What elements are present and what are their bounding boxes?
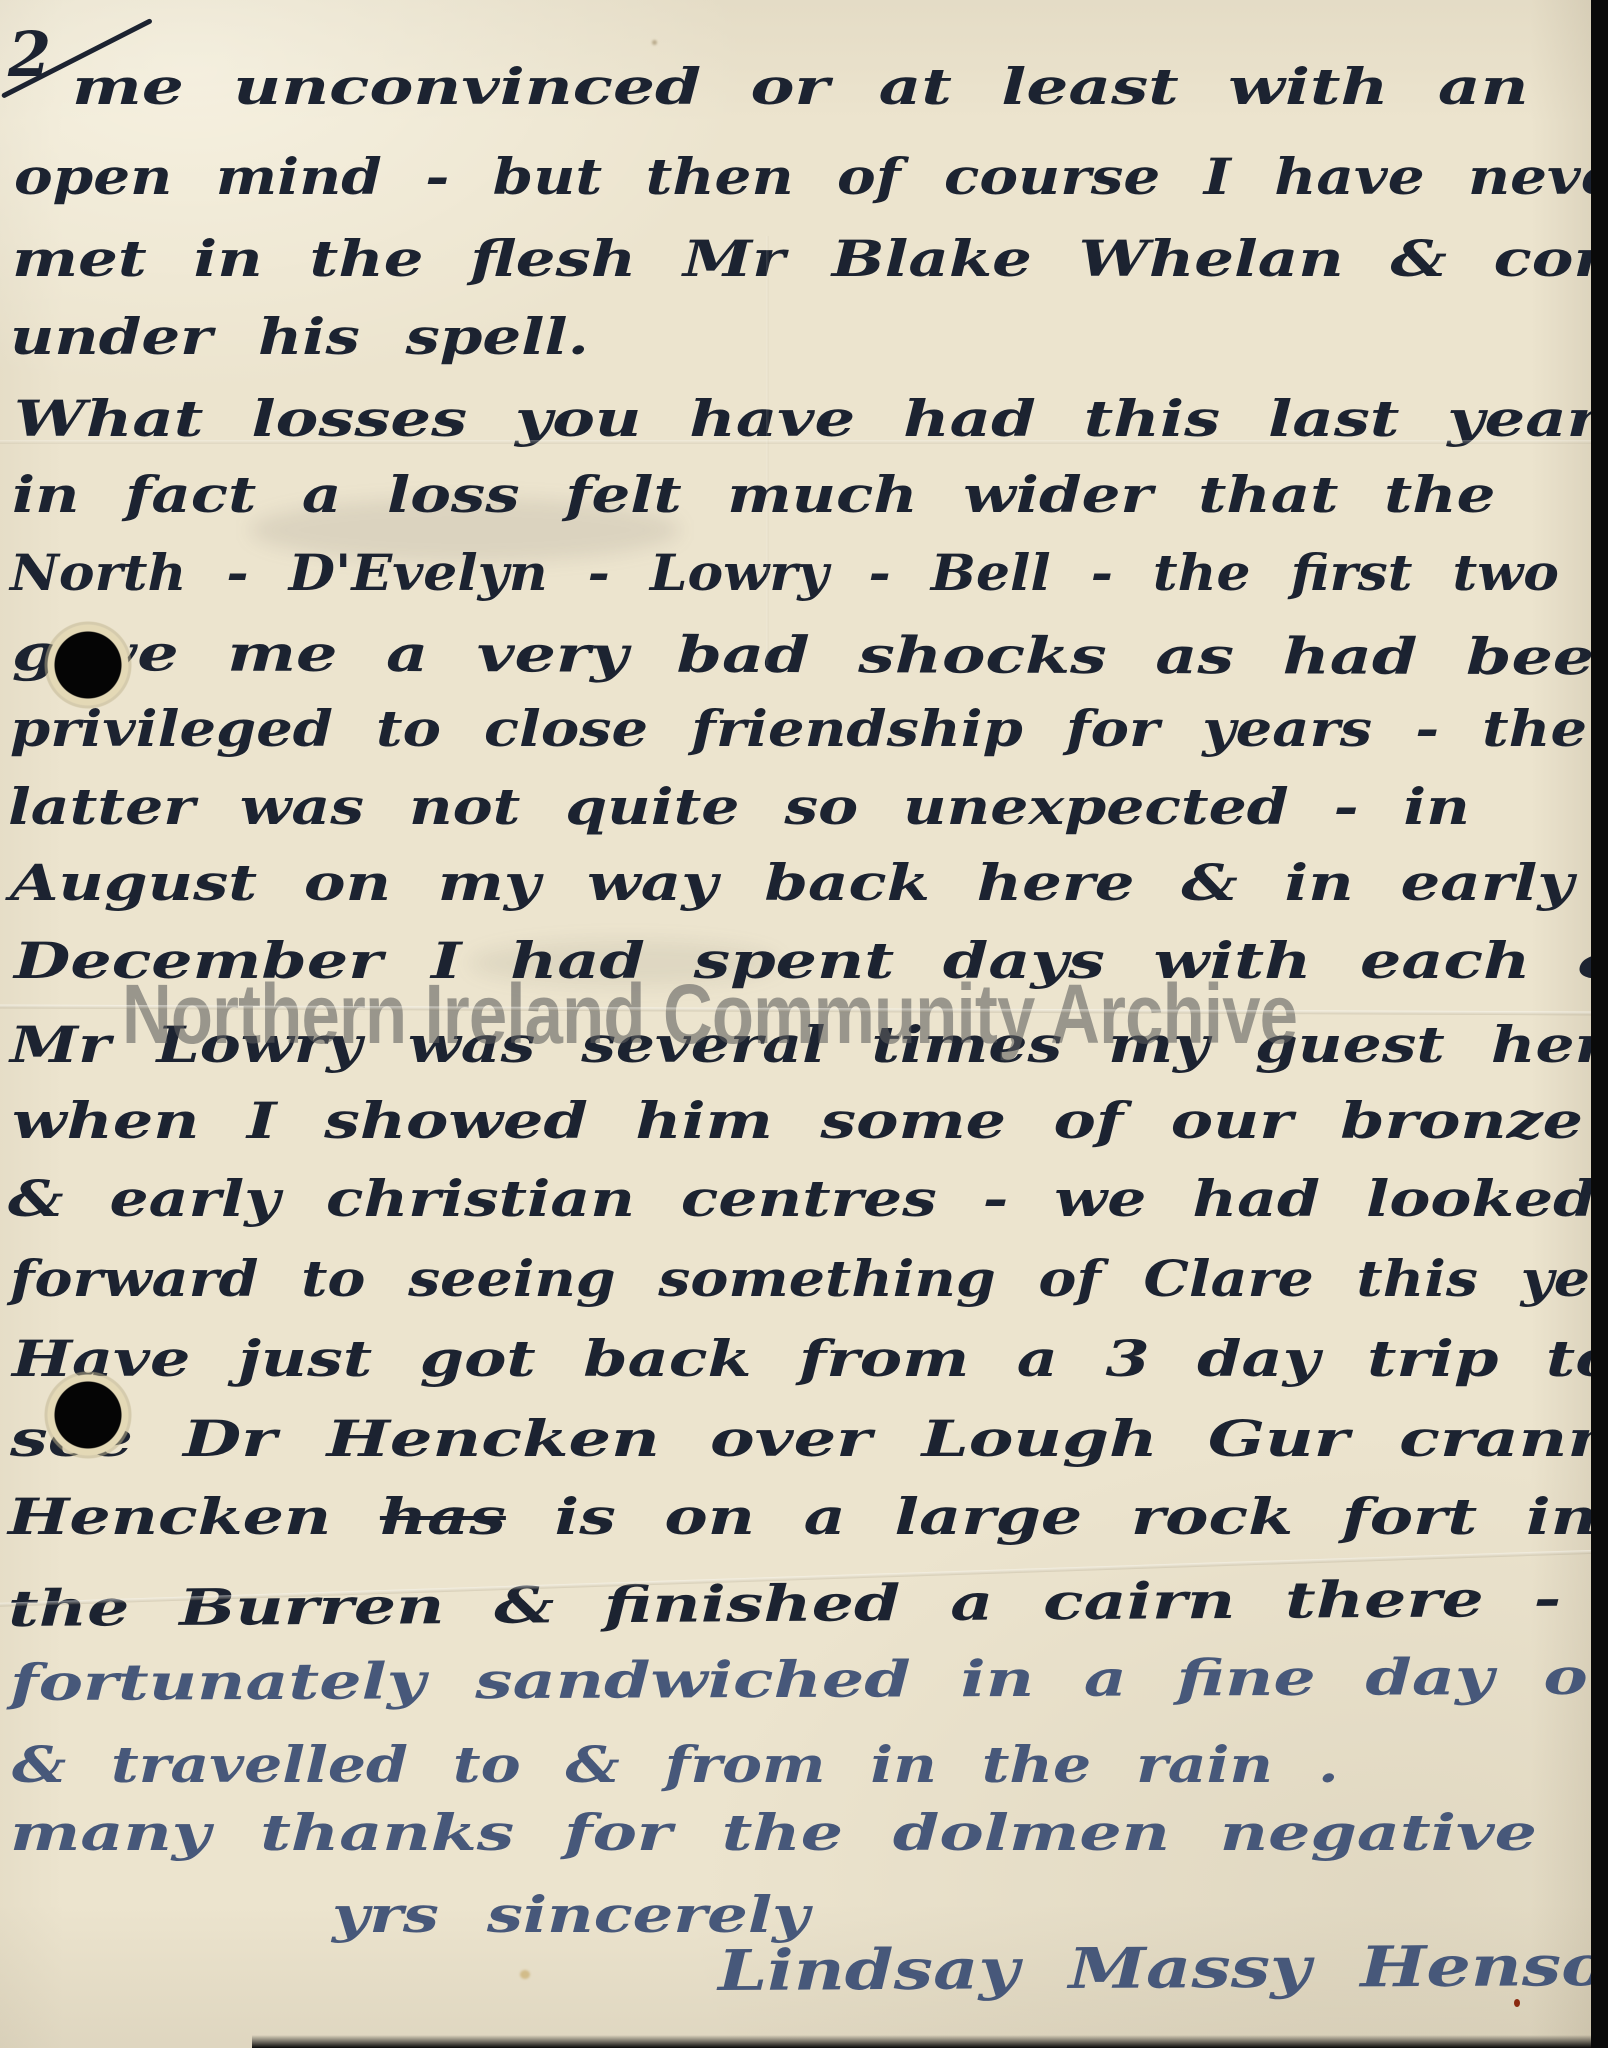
punch-hole-top xyxy=(44,621,132,709)
handwritten-line: gave me a very bad shocks as had been xyxy=(12,622,1608,688)
handwritten-line: What losses you have had this last year xyxy=(14,388,1600,450)
letter-scan: 2 me unconvinced or at least with an ope… xyxy=(0,0,1608,2048)
scan-backing-edge-bottom xyxy=(252,2035,1608,2048)
handwritten-line: open mind - but then of course I have ne… xyxy=(14,146,1608,208)
handwritten-line: Hencken has is on a large rock fort in xyxy=(8,1486,1598,1548)
signoff: yrs sincerely xyxy=(332,1884,809,1946)
handwritten-line: North - D'Evelyn - Lowry - Bell - the fi… xyxy=(10,542,1559,604)
fold-crease-vertical xyxy=(766,236,769,666)
handwritten-line: under his spell. xyxy=(10,306,589,368)
handwritten-line: Have just got back from a 3 day trip to xyxy=(12,1328,1608,1390)
punch-hole-bottom xyxy=(44,1371,132,1459)
handwritten-line: forward to seeing something of Clare thi… xyxy=(10,1248,1608,1310)
handwritten-line: me unconvinced or at least with an xyxy=(72,56,1529,118)
handwritten-line: fortunately sandwiched in a fine day on … xyxy=(10,1644,1608,1714)
handwritten-line: & travelled to & from in the rain . xyxy=(12,1734,1339,1796)
line-post: is on a large rock fort in xyxy=(506,1487,1598,1546)
yellow-spot-stain xyxy=(520,1970,530,1979)
line-pre: Hencken xyxy=(8,1487,380,1546)
red-speck-stain xyxy=(1514,1999,1520,2007)
handwritten-line: met in the flesh Mr Blake Whelan & come xyxy=(12,228,1608,290)
handwritten-line: & early christian centres - we had looke… xyxy=(8,1168,1596,1230)
handwritten-line: many thanks for the dolmen negative xyxy=(10,1802,1537,1864)
handwritten-line: when I showed him some of our bronze age xyxy=(12,1090,1608,1152)
handwritten-line: the Burren & finished a cairn there - xyxy=(8,1568,1562,1640)
handwritten-line: in fact a loss felt much wider that the xyxy=(12,464,1495,526)
handwritten-line: August on my way back here & in early xyxy=(10,852,1574,914)
handwritten-line: privileged to close friendship for years… xyxy=(10,698,1587,760)
struck-word: has xyxy=(380,1487,506,1546)
handwritten-line: see Dr Hencken over Lough Gur crannogs xyxy=(10,1408,1608,1470)
handwritten-line: latter was not quite so unexpected - in xyxy=(8,776,1470,838)
archive-watermark: Northern Ireland Community Archive xyxy=(122,966,1297,1063)
small-speck-stain xyxy=(652,40,657,45)
scan-backing-edge-right xyxy=(1591,0,1608,2048)
signature: Lindsay Massy Henson xyxy=(718,1935,1608,2002)
